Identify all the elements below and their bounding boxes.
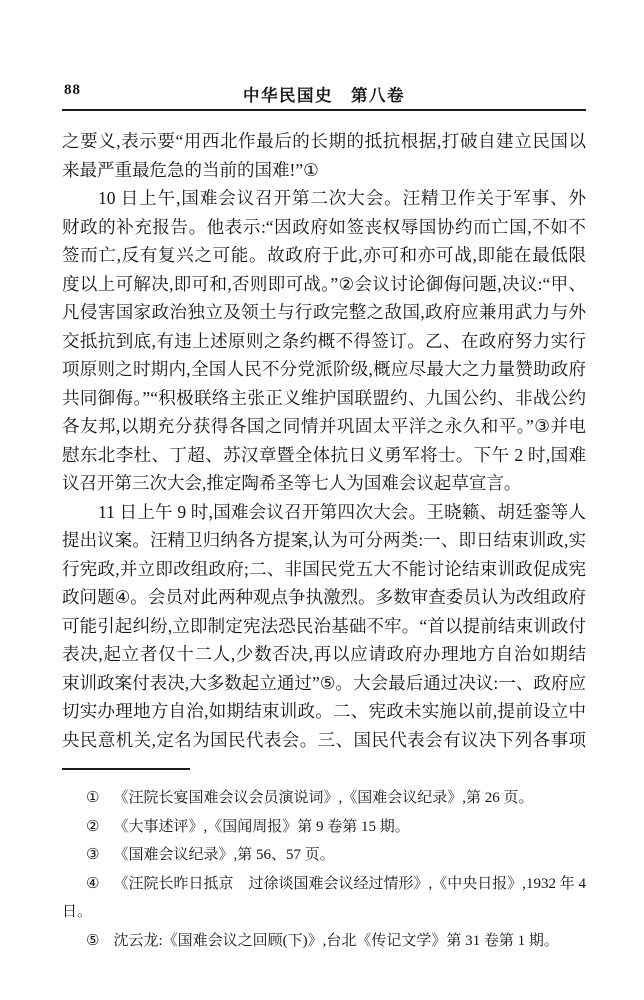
body-line: 10 日上午,国难会议召开第二次大会。汪精卫作关于军事、外交、 — [62, 184, 586, 213]
body-line: 提出议案。汪精卫归纳各方提案,认为可分两类:一、即日结束训政,实 — [62, 526, 586, 555]
body-line: 政问题④。会员对此两种观点争执激烈。多数审查委员认为改组政府 — [62, 583, 586, 612]
footnote-text: 《国难会议纪录》,第 56、57 页。 — [113, 847, 334, 863]
body-line: 央民意机关,定名为国民代表会。三、国民代表会有议决下列各事项之 — [62, 726, 586, 755]
footnote-continuation: 日。 — [62, 898, 586, 927]
footnote-text: 沈云龙:《国难会议之回顾(下)》,台北《传记文学》第 31 卷第 1 期。 — [113, 933, 558, 949]
page-header: 88 中华民国史 第八卷 — [62, 82, 586, 106]
body-line: 行宪政,并立即改组政府;二、非国民党五大不能讨论结束训政促成宪 — [62, 555, 586, 584]
footnote: ⑤沈云龙:《国难会议之回顾(下)》,台北《传记文学》第 31 卷第 1 期。 — [62, 927, 586, 956]
body-line: 来最严重最危急的当前的国难!”① — [62, 156, 586, 185]
book-title: 中华民国史 第八卷 — [62, 82, 586, 106]
body-line: 凡侵害国家政治独立及领土与行政完整之敌国,政府应兼用武力与外 — [62, 298, 586, 327]
body-line: 度以上可解决,即可和,否则即可战。”②会议讨论御侮问题,决议:“甲、 — [62, 270, 586, 299]
body-line: 慰东北李杜、丁超、苏汉章暨全体抗日义勇军将士。下午 2 时,国难会 — [62, 441, 586, 470]
footnote-marker: ④ — [86, 870, 99, 899]
footnote-text: 《汪院长宴国难会议会员演说词》,《国难会议纪录》,第 26 页。 — [113, 790, 533, 806]
footnote-text: 《汪院长昨日抵京 过徐谈国难会议经过情形》,《中央日报》,1932 年 4 月 … — [86, 876, 586, 899]
body-line: 束训政案付表决,大多数起立通过”⑤。大会最后通过决议:一、政府应 — [62, 669, 586, 698]
footnote-marker: ② — [86, 813, 99, 842]
body-line: 财政的补充报告。他表示:“因政府如签丧权辱国协约而亡国,不如不 — [62, 213, 586, 242]
body-line: 共同御侮。”“积极联络主张正义维护国联盟约、九国公约、非战公约之 — [62, 384, 586, 413]
body-line: 交抵抗到底,有违上述原则之条约概不得签订。乙、在政府努力实行上 — [62, 327, 586, 356]
footnote: ④《汪院长昨日抵京 过徐谈国难会议经过情形》,《中央日报》,1932 年 4 月… — [62, 870, 586, 899]
body-line: 切实办理地方自治,如期结束训政。二、宪政未实施以前,提前设立中 — [62, 697, 586, 726]
body-line: 可能引起纠纷,立即制定宪法恐民治基础不牢。“首以提前结束训政付 — [62, 612, 586, 641]
header-rule — [62, 109, 586, 111]
footnote-marker: ③ — [86, 841, 99, 870]
footnote-text: 《大事述评》,《国闻周报》第 9 卷第 15 期。 — [113, 819, 409, 835]
body-line: 表决,起立者仅十二人,少数否决,再以应请政府办理地方自治如期结 — [62, 640, 586, 669]
body-line: 议召开第三次大会,推定陶希圣等七人为国难会议起草宣言。 — [62, 469, 586, 498]
body-line: 各友邦,以期充分获得各国之同情并巩固太平洋之永久和平。”③并电 — [62, 412, 586, 441]
footnote: ③《国难会议纪录》,第 56、57 页。 — [62, 841, 586, 870]
body-line: 11 日上午 9 时,国难会议召开第四次大会。王晓籁、胡廷銮等人 — [62, 498, 586, 527]
footnote-separator — [62, 768, 190, 770]
body-line: 签而亡,反有复兴之可能。故政府于此,亦可和亦可战,即能在最低限 — [62, 241, 586, 270]
footnote: ②《大事述评》,《国闻周报》第 9 卷第 15 期。 — [62, 813, 586, 842]
body-text: 之要义,表示要“用西北作最后的长期的抵抗根据,打破自建立民国以来最严重最危急的当… — [62, 127, 586, 754]
body-line: 之要义,表示要“用西北作最后的长期的抵抗根据,打破自建立民国以 — [62, 127, 586, 156]
footnote-marker: ① — [86, 784, 99, 813]
body-line: 项原则之时期内,全国人民不分党派阶级,概应尽最大之力量赞助政府 — [62, 355, 586, 384]
footnote-marker: ⑤ — [86, 927, 99, 956]
footnotes: ①《汪院长宴国难会议会员演说词》,《国难会议纪录》,第 26 页。②《大事述评》… — [62, 784, 586, 955]
footnote: ①《汪院长宴国难会议会员演说词》,《国难会议纪录》,第 26 页。 — [62, 784, 586, 813]
scanned-book-page: 88 中华民国史 第八卷 之要义,表示要“用西北作最后的长期的抵抗根据,打破自建… — [0, 0, 644, 1000]
